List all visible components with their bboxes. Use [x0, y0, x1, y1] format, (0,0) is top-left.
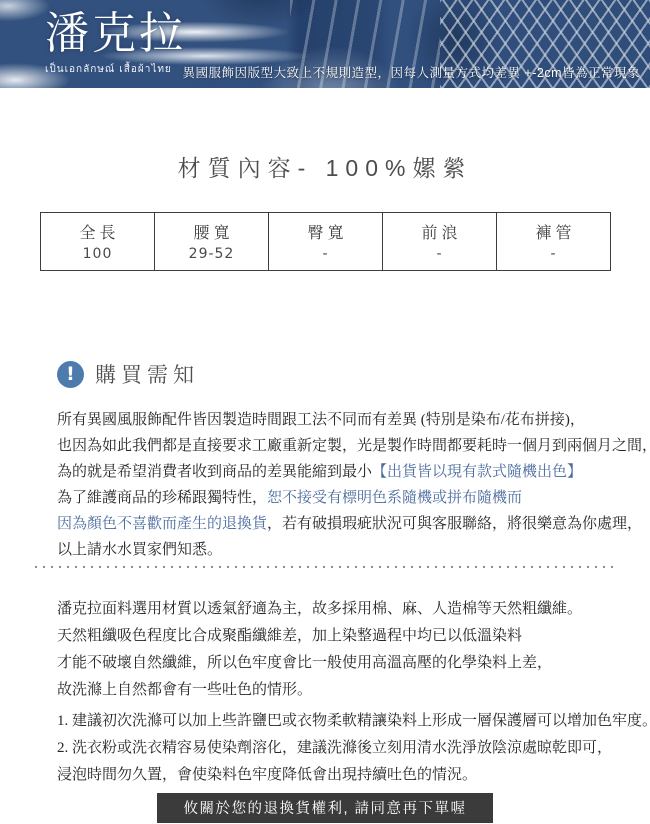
- purchase-notice-paragraph: 所有異國風服飾配件皆因製造時間跟工法不同而有差異 (特別是染布/花布拼接)， 也…: [57, 407, 650, 563]
- size-table: 全長 100 腰寬 29-52 臀寬 - 前浪 - 褲管 -: [40, 212, 611, 271]
- purchase-notice-heading: ! 購買需知: [57, 359, 199, 389]
- fabric-info-line: 故洗滌上自然都會有一些吐色的情形。: [57, 677, 582, 704]
- fabric-info-paragraph: 潘克拉面料選用材質以透氣舒適為主，故多採用棉、麻、人造棉等天然粗纖維。 天然粗纖…: [57, 596, 582, 704]
- brand-logo-subtitle-thai: เป็นเอกลักษณ์ เสื้อผ้าไทย: [45, 62, 186, 77]
- notice-line: 為了維護商品的珍稀跟獨特性，恕不接受有標明色系隨機或拼布隨機而: [57, 485, 650, 511]
- dotted-divider: [35, 566, 617, 568]
- size-table-column: 全長 100: [41, 213, 155, 270]
- size-table-column: 褲管 -: [497, 213, 610, 270]
- size-column-header: 臀寬: [303, 220, 347, 243]
- header-banner: 潘克拉 เป็นเอกลักษณ์ เสื้อผ้าไทย 異國服飾因版型大致上…: [0, 0, 650, 88]
- notice-text: ，若有破損瑕疵狀況可與客服聯絡，將很樂意為你處理，: [267, 516, 642, 532]
- notice-text-highlight: 因為顏色不喜歡而產生的退換貨: [57, 516, 267, 532]
- size-column-header: 腰寬: [189, 220, 233, 243]
- notice-text: 以上請水水買家們知悉。: [57, 542, 222, 558]
- exclamation-circle-icon: !: [57, 361, 84, 388]
- notice-text: 所有異國風服飾配件皆因製造時間跟工法不同而有差異 (特別是染布/花布拼接)，: [57, 412, 585, 428]
- notice-line: 因為顏色不喜歡而產生的退換貨，若有破損瑕疵狀況可與客服聯絡，將很樂意為你處理，: [57, 511, 650, 537]
- size-column-header: 全長: [75, 220, 119, 243]
- size-column-header: 褲管: [531, 220, 575, 243]
- size-column-value: -: [436, 246, 442, 262]
- size-table-column: 前浪 -: [383, 213, 497, 270]
- return-policy-banner: 攸關於您的退換貨權利, 請同意再下單喔: [157, 793, 492, 823]
- brand-logo: 潘克拉 เป็นเอกลักษณ์ เสื้อผ้าไทย: [45, 8, 186, 77]
- washing-tip-line: 2. 洗衣粉或洗衣精容易使染劑溶化，建議洗滌後立刻用清水洗淨放陰涼處晾乾即可，: [57, 735, 650, 762]
- size-column-value: 29-52: [189, 246, 235, 262]
- size-column-value: 100: [83, 246, 113, 262]
- washing-tip-line: 1. 建議初次洗滌可以加上些許鹽巴或衣物柔軟精讓染料上形成一層保護層可以增加色牢…: [57, 708, 650, 735]
- sizing-disclaimer-note: 異國服飾因版型大致上不規則造型，因每人測量方式均差異 +-2cm皆為正常現象: [182, 63, 640, 81]
- fabric-info-line: 潘克拉面料選用材質以透氣舒適為主，故多採用棉、麻、人造棉等天然粗纖維。: [57, 596, 582, 623]
- notice-text: 為的就是希望消費者收到商品的差異能縮到最小: [57, 464, 372, 480]
- notice-line: 所有異國風服飾配件皆因製造時間跟工法不同而有差異 (特別是染布/花布拼接)，: [57, 407, 650, 433]
- size-table-column: 腰寬 29-52: [155, 213, 269, 270]
- purchase-notice-title: 購買需知: [95, 359, 199, 389]
- notice-text: 也因為如此我們都是直接要求工廠重新定製，光是製作時間都要耗時一個月到兩個月之間，: [57, 438, 650, 454]
- notice-line: 為的就是希望消費者收到商品的差異能縮到最小【出貨皆以現有款式隨機出色】: [57, 459, 650, 485]
- size-column-header: 前浪: [417, 220, 461, 243]
- brand-logo-title: 潘克拉: [45, 8, 186, 60]
- notice-text: 為了維護商品的珍稀跟獨特性，: [57, 490, 267, 506]
- product-info-page: 潘克拉 เป็นเอกลักษณ์ เสื้อผ้าไทย 異國服飾因版型大致上…: [0, 0, 650, 824]
- size-column-value: -: [550, 246, 556, 262]
- material-content-title: 材質內容- 100%嫘縈: [0, 150, 650, 183]
- notice-line: 以上請水水買家們知悉。: [57, 537, 650, 563]
- size-table-column: 臀寬 -: [269, 213, 383, 270]
- notice-text-highlight: 恕不接受有標明色系隨機或拼布隨機而: [267, 490, 522, 506]
- washing-tips-list: 1. 建議初次洗滌可以加上些許鹽巴或衣物柔軟精讓染料上形成一層保護層可以增加色牢…: [57, 708, 650, 789]
- washing-tip-line: 浸泡時間勿久置，會使染料色牢度降低會出現持續吐色的情況。: [57, 762, 650, 789]
- footer-banner-row: 攸關於您的退換貨權利, 請同意再下單喔: [0, 793, 650, 823]
- fabric-info-line: 才能不破壞自然纖維，所以色牢度會比一般使用高溫高壓的化學染料上差，: [57, 650, 582, 677]
- size-column-value: -: [322, 246, 328, 262]
- notice-text-highlight: 【出貨皆以現有款式隨機出色】: [372, 464, 582, 480]
- fabric-info-line: 天然粗纖吸色程度比合成聚酯纖維差，加上染整過程中均已以低溫染料: [57, 623, 582, 650]
- notice-line: 也因為如此我們都是直接要求工廠重新定製，光是製作時間都要耗時一個月到兩個月之間，: [57, 433, 650, 459]
